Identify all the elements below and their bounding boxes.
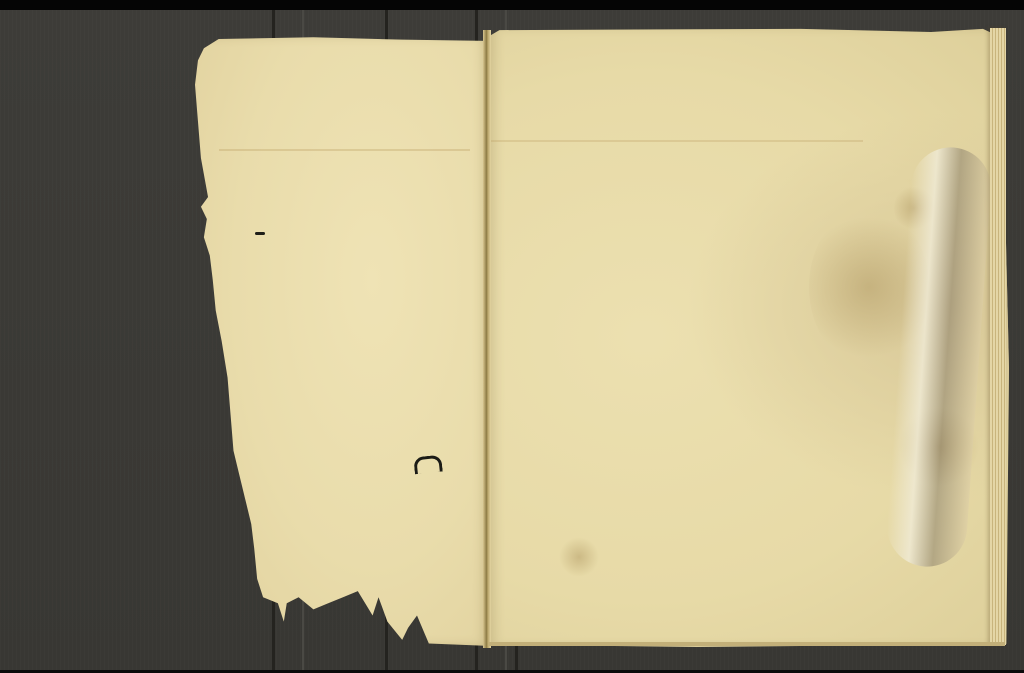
page-block-edges bbox=[990, 28, 1006, 645]
book-gutter bbox=[483, 30, 491, 648]
faded-ruled-line bbox=[489, 140, 863, 142]
page-bottom-edge bbox=[489, 642, 1005, 646]
faded-ruled-line bbox=[219, 149, 471, 151]
ink-dot bbox=[255, 232, 265, 235]
water-stain bbox=[559, 537, 599, 577]
right-page bbox=[489, 27, 1009, 647]
ink-mark bbox=[413, 455, 443, 475]
illegible-ink-fragments bbox=[929, 245, 959, 315]
top-black-strip bbox=[0, 0, 1024, 10]
